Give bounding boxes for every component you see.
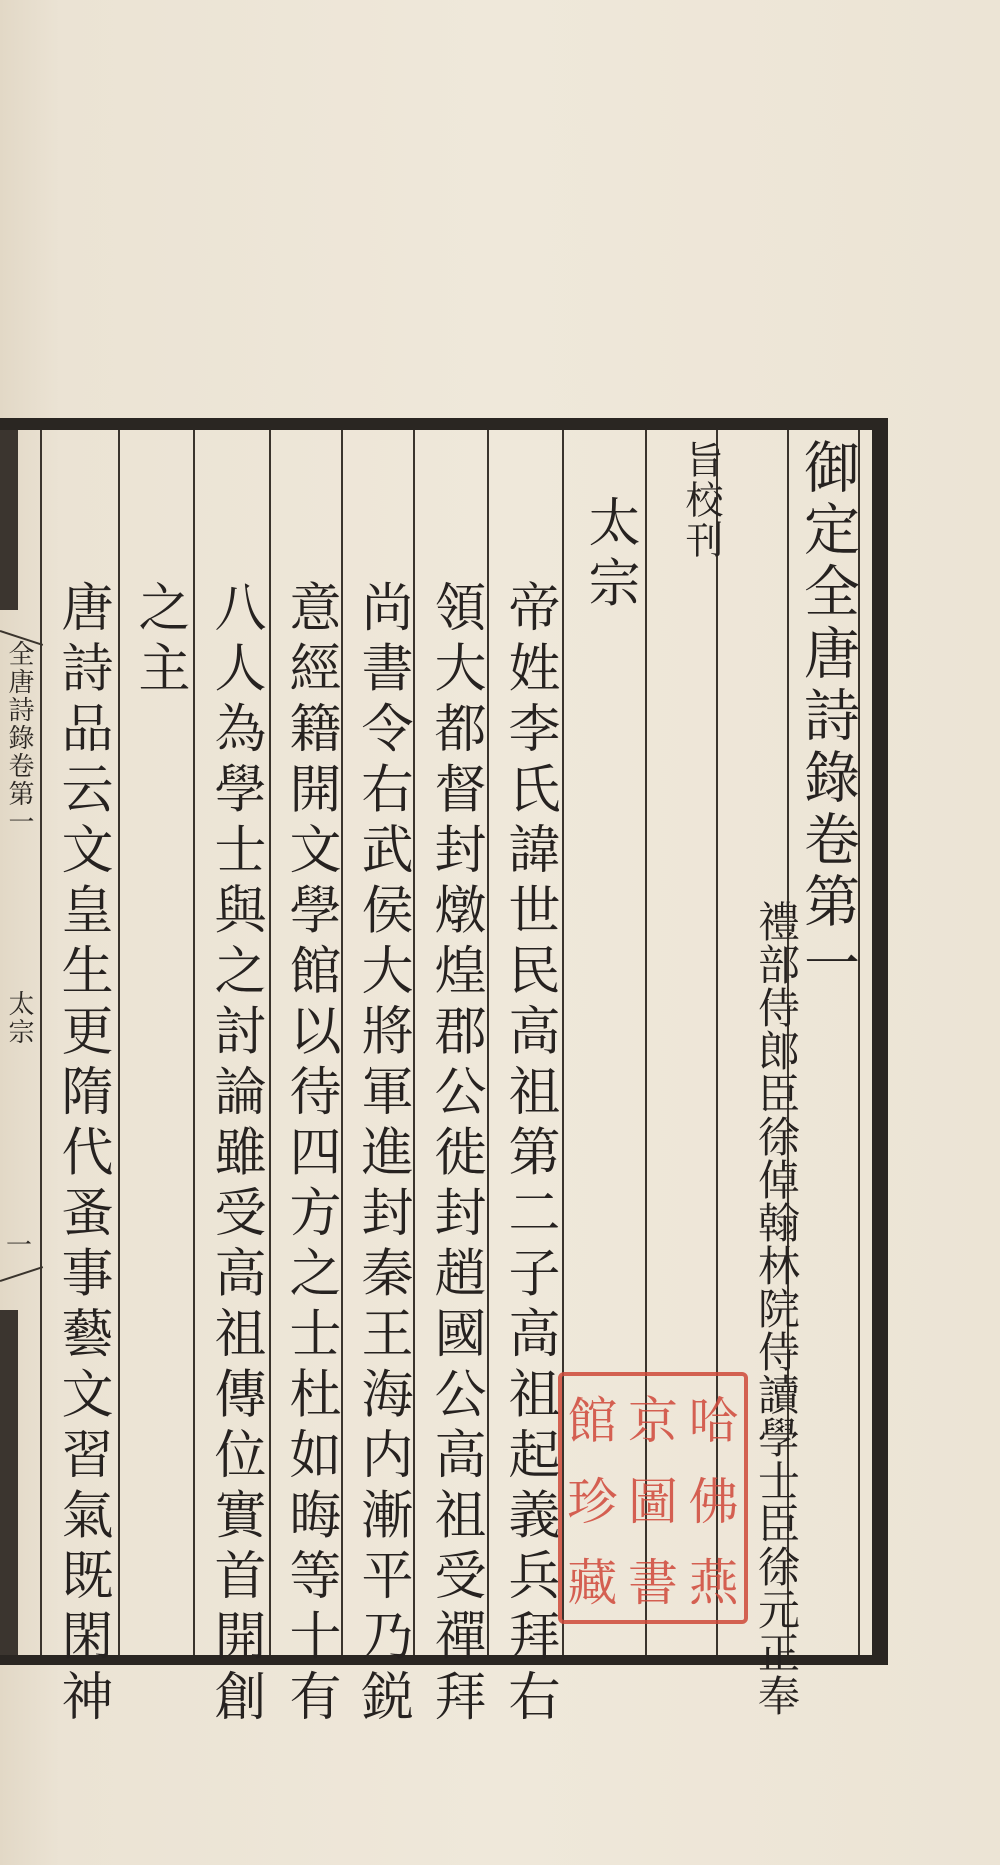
body-column-7: 唐詩品云文皇生更隋代蚤事藝文習氣既閑神: [45, 580, 119, 1730]
seal-char: 館: [562, 1376, 623, 1457]
spine-page-number: 一: [6, 1225, 36, 1262]
body-column-2: 領大都督封燉煌郡公徙封趙國公高祖受禪拜: [418, 580, 492, 1730]
spine-black-mouth-bottom: [0, 1310, 18, 1655]
seal-char: 佛: [683, 1457, 744, 1538]
body-column-3: 尚書令右武侯大將軍進封秦王海内漸平乃鋭: [345, 580, 419, 1730]
seal-char: 藏: [562, 1539, 623, 1620]
seal-char: 書: [623, 1539, 684, 1620]
seal-char: 京: [623, 1376, 684, 1457]
seal-char: 珍: [562, 1457, 623, 1538]
library-seal: 哈 佛 燕 京 圖 書 館 珍 藏: [558, 1372, 748, 1624]
spine-label: 全唐詩錄卷第一: [2, 640, 38, 836]
seal-char: 哈: [683, 1376, 744, 1457]
spine-black-mouth-top: [0, 430, 18, 610]
body-column-4: 意經籍開文學館以待四方之士杜如晦等十有: [273, 580, 347, 1730]
body-column-1: 帝姓李氏諱世民高祖第二子高祖起義兵拜右: [492, 580, 566, 1730]
seal-char: 燕: [683, 1539, 744, 1620]
emperor-heading: 太宗: [572, 495, 646, 616]
spine-section: 太宗: [2, 990, 38, 1046]
body-column-5: 八人為學士與之討論雖受高祖傳位實首開創: [198, 580, 272, 1730]
column-rule: [40, 430, 42, 1655]
title-column: 御定全唐詩錄卷第一: [790, 438, 864, 996]
body-column-6: 之主: [122, 580, 196, 701]
edict-column: 旨校刊: [652, 440, 726, 560]
seal-char: 圖: [623, 1457, 684, 1538]
